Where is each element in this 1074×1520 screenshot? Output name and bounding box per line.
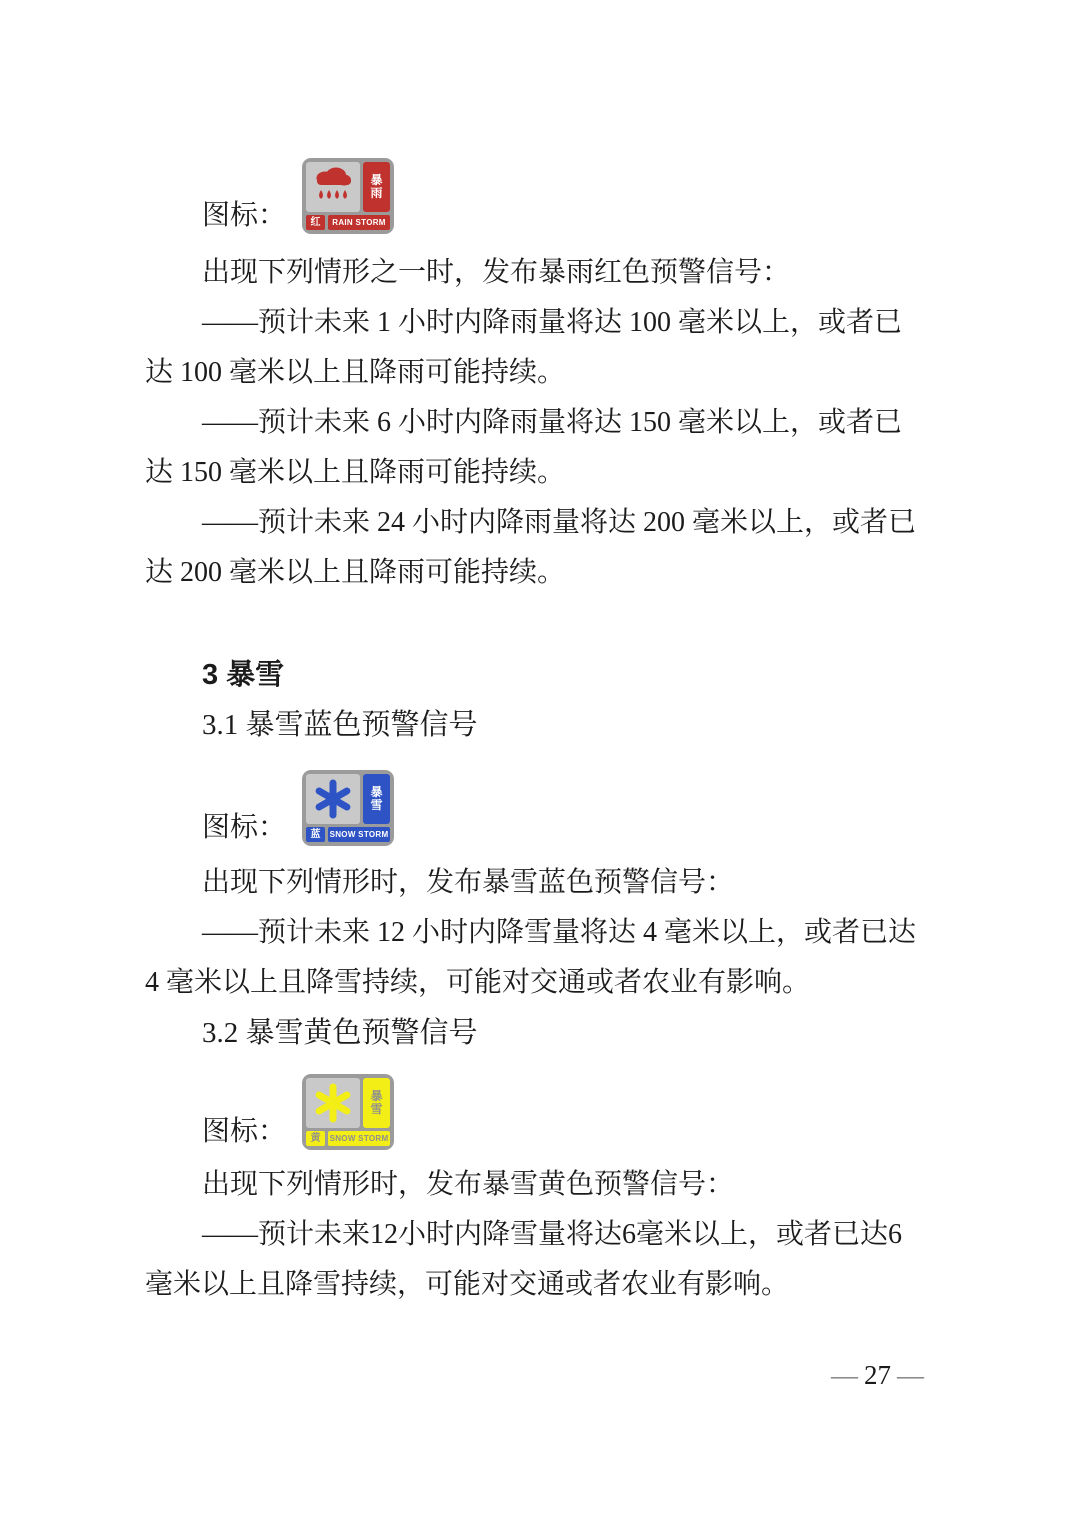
icon-type-label: 暴 雪 [363, 1078, 390, 1128]
snow-blue-icon-row: 图标： 暴 雪 蓝 [145, 768, 930, 846]
icon-level-label: 红 [306, 215, 325, 230]
item-line: ——预计未来 12 小时内降雪量将达 4 毫米以上，或者已达 [145, 908, 930, 958]
item-line: 达 150 毫米以上且降雨可能持续。 [145, 448, 930, 498]
section-heading-snowstorm: 3 暴雪 [145, 650, 930, 700]
item-line: ——预计未来12小时内降雪量将达6毫米以上，或者已达6 [145, 1210, 930, 1260]
item-line: ——预计未来 1 小时内降雨量将达 100 毫米以上，或者已 [145, 298, 930, 348]
subheading-snow-yellow: 3.2 暴雪黄色预警信号 [145, 1008, 930, 1058]
snow-blue-intro: 出现下列情形时，发布暴雪蓝色预警信号： [145, 858, 930, 908]
item-line: 达 200 毫米以上且降雨可能持续。 [145, 548, 930, 598]
page-number-dash: — [891, 1360, 930, 1390]
document-page: 图标： [0, 0, 1074, 1520]
icon-type-label: 暴 雨 [363, 162, 390, 212]
rainstorm-red-warning-icon: 暴 雨 红 RAIN STORM [302, 158, 394, 234]
icon-label: 图标： [202, 1114, 286, 1150]
icon-level-label: 黄 [306, 1131, 325, 1146]
rain-red-item-3: ——预计未来 24 小时内降雨量将达 200 毫米以上，或者已 达 200 毫米… [145, 498, 930, 598]
page-number-dash: — [825, 1360, 864, 1390]
icon-level-label: 蓝 [306, 827, 325, 842]
item-line: 毫米以上且降雪持续，可能对交通或者农业有影响。 [145, 1260, 930, 1310]
snow-blue-item: ——预计未来 12 小时内降雪量将达 4 毫米以上，或者已达 4 毫米以上且降雪… [145, 908, 930, 1008]
snowflake-icon [306, 1078, 360, 1128]
rain-red-icon-row: 图标： [145, 156, 930, 234]
page-number-value: 27 [864, 1360, 891, 1390]
subheading-snow-blue: 3.1 暴雪蓝色预警信号 [145, 700, 930, 750]
rain-red-item-2: ——预计未来 6 小时内降雨量将达 150 毫米以上，或者已 达 150 毫米以… [145, 398, 930, 498]
snow-yellow-item: ——预计未来12小时内降雪量将达6毫米以上，或者已达6 毫米以上且降雪持续，可能… [145, 1210, 930, 1310]
icon-type-label: 暴 雪 [363, 774, 390, 824]
page-number: —27— [145, 1358, 930, 1392]
rain-red-intro: 出现下列情形之一时，发布暴雨红色预警信号： [145, 248, 930, 298]
icon-caption: SNOW STORM [328, 827, 390, 842]
icon-caption: RAIN STORM [328, 215, 390, 230]
icon-caption: SNOW STORM [328, 1131, 390, 1146]
rain-red-item-1: ——预计未来 1 小时内降雨量将达 100 毫米以上，或者已 达 100 毫米以… [145, 298, 930, 398]
snowstorm-yellow-warning-icon: 暴 雪 黄 SNOW STORM [302, 1074, 394, 1150]
snow-yellow-icon-row: 图标： 暴 雪 黄 [145, 1072, 930, 1150]
item-line: 4 毫米以上且降雪持续，可能对交通或者农业有影响。 [145, 958, 930, 1008]
icon-label: 图标： [202, 198, 286, 234]
item-line: ——预计未来 24 小时内降雨量将达 200 毫米以上，或者已 [145, 498, 930, 548]
icon-label: 图标： [202, 810, 286, 846]
snow-yellow-intro: 出现下列情形时，发布暴雪黄色预警信号： [145, 1160, 930, 1210]
item-line: ——预计未来 6 小时内降雨量将达 150 毫米以上，或者已 [145, 398, 930, 448]
snowflake-icon [306, 774, 360, 824]
item-line: 达 100 毫米以上且降雨可能持续。 [145, 348, 930, 398]
snowstorm-blue-warning-icon: 暴 雪 蓝 SNOW STORM [302, 770, 394, 846]
rain-cloud-icon [306, 162, 360, 212]
